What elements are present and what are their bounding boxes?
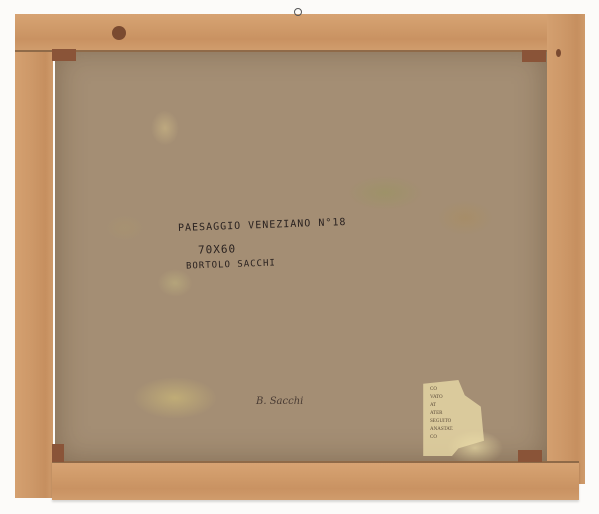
stretcher-top-bar (15, 14, 547, 52)
corner-key (52, 49, 76, 61)
hanging-hook (294, 8, 302, 16)
signature: B. Sacchi (256, 396, 303, 407)
label-text: CO VATO AT ATER SEGUITO ANASTAT. CO (430, 386, 453, 442)
corner-key (52, 444, 64, 462)
stretcher-left-bar (15, 14, 53, 498)
corner-key (518, 450, 542, 462)
stretcher-right-bar (546, 14, 585, 484)
corner-key (522, 50, 546, 62)
stretcher-bottom-bar (52, 461, 579, 500)
wood-knot (556, 49, 561, 57)
inscription-dimensions: 70X60 (198, 242, 237, 256)
wood-knot (112, 26, 126, 40)
